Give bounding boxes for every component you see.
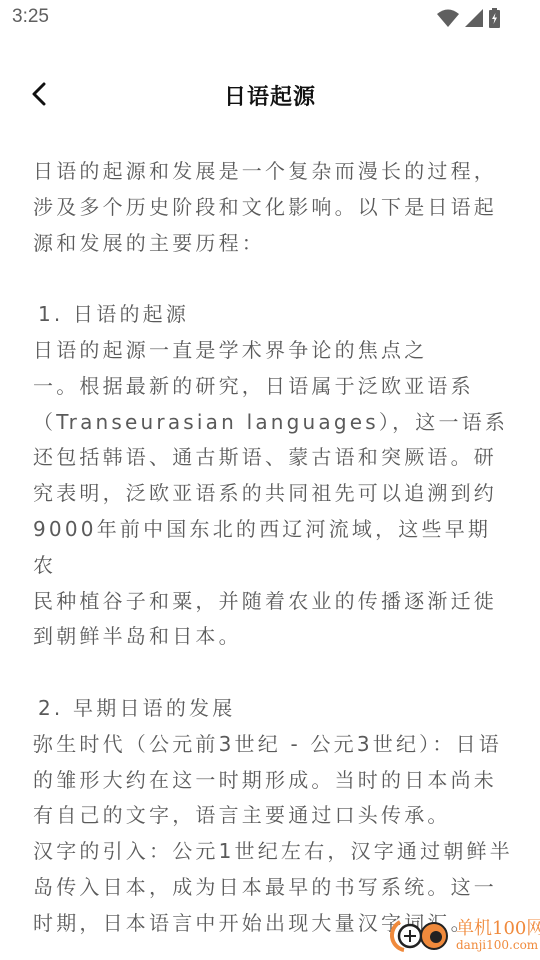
status-time: 3:25 <box>12 6 49 28</box>
paragraph-line: 民种植谷子和粟，并随着农业的传播逐渐迁徙 <box>33 584 513 620</box>
intro-line: 日语的起源和发展是一个复杂而漫长的过程， <box>33 154 513 190</box>
article-body: 日语的起源和发展是一个复杂而漫长的过程， 涉及多个历史阶段和文化影响。以下是日语… <box>33 154 513 942</box>
paragraph-line: 究表明，泛欧亚语系的共同祖先可以追溯到约 <box>33 476 513 512</box>
wifi-icon <box>437 9 459 27</box>
status-icons <box>437 8 500 28</box>
app-bar: 日语起源 <box>0 62 540 130</box>
watermark-domain: danji100.com <box>456 938 538 952</box>
status-bar: 3:25 <box>0 0 540 36</box>
paragraph-line: 还包括韩语、通古斯语、蒙古语和突厥语。研 <box>33 440 513 476</box>
section-heading: 1. 日语的起源 <box>33 297 513 333</box>
paragraph-line: 汉字的引入：公元1世纪左右，汉字通过朝鲜半 <box>33 834 513 870</box>
spacer <box>33 655 513 691</box>
battery-charging-icon <box>489 8 500 28</box>
paragraph-line: 日语的起源一直是学术界争论的焦点之 <box>33 333 513 369</box>
paragraph-line: 弥生时代（公元前3世纪 - 公元3世纪）：日语 <box>33 727 513 763</box>
paragraph-line: 岛传入日本，成为日本最早的书写系统。这一 <box>33 870 513 906</box>
section-heading: 2. 早期日语的发展 <box>33 691 513 727</box>
paragraph-line: （Transeurasian languages），这一语系 <box>33 405 513 441</box>
spacer <box>33 261 513 297</box>
paragraph-line: 的雏形大约在这一时期形成。当时的日本尚未 <box>33 763 513 799</box>
paragraph-line: 到朝鲜半岛和日本。 <box>33 619 513 655</box>
watermark: 单机100网 danji100.com <box>390 912 540 958</box>
cellular-signal-icon <box>465 9 483 27</box>
paragraph-line: 9000年前中国东北的西辽河流域，这些早期农 <box>33 512 513 584</box>
intro-line: 涉及多个历史阶段和文化影响。以下是日语起 <box>33 190 513 226</box>
intro-line: 源和发展的主要历程： <box>33 226 513 262</box>
page-title: 日语起源 <box>0 80 540 111</box>
paragraph-line: 有自己的文字，语言主要通过口头传承。 <box>33 798 513 834</box>
paragraph-line: 一。根据最新的研究，日语属于泛欧亚语系 <box>33 369 513 405</box>
watermark-name: 单机100网 <box>456 914 540 940</box>
